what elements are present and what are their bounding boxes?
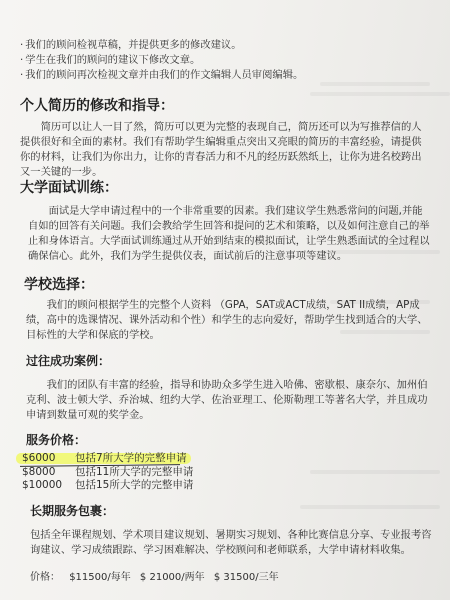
bullet-list: ·我们的顾问检视草稿，并提供更多的修改建议。 ·学生在我们的顾问的建议下修改文章… <box>20 38 303 83</box>
price-description: 包括11所大学的完整申请 <box>75 466 193 480</box>
bullet-item: ·我们的顾问检视草稿，并提供更多的修改建议。 <box>20 38 303 53</box>
section-body-school-selection: 我们的顾问根据学生的完整个人资料 （GPA，SAT或ACT成绩，SAT II成绩… <box>26 298 430 343</box>
bleed-through-mark <box>310 470 440 474</box>
bleed-through-mark <box>320 82 430 86</box>
section-heading-resume: 个人简历的修改和指导： <box>20 95 174 115</box>
bullet-dot-icon: · <box>20 68 23 83</box>
price-amount: $8000 <box>22 466 75 480</box>
section-heading-pricing: 服务价格： <box>26 431 86 448</box>
section-body-success-cases: 我们的团队有丰富的经验，指导和协助众多学生进入哈佛、密歇根、康奈尔、加州伯克利、… <box>26 378 430 423</box>
bullet-dot-icon: · <box>20 38 23 53</box>
bleed-through-mark <box>310 92 450 96</box>
document-page: ·我们的顾问检视草稿，并提供更多的修改建议。 ·学生在我们的顾问的建议下修改文章… <box>0 0 450 600</box>
section-body-long-term: 包括全年课程规划、学术项目建议规划、暑期实习规划、各种比赛信息分享、专业报考咨询… <box>30 528 435 558</box>
bleed-through-mark <box>300 505 440 509</box>
bullet-item: ·我们的顾问再次检视文章并由我们的作文编辑人员审阅编辑。 <box>20 68 303 83</box>
price-yearly: $11500/每年 <box>69 572 131 583</box>
section-body-resume: 简历可以让人一目了然，简历可以更为完整的表现自己，简历还可以为写推荐信的人提供很… <box>20 120 430 180</box>
price-row: $10000 包括15所大学的完整申请 <box>22 479 193 493</box>
price-label: 价格： <box>30 572 60 583</box>
price-table: $6000 包括7所大学的完整申请 $8000 包括11所大学的完整申请 $10… <box>22 452 193 493</box>
price-description: 包括15所大学的完整申请 <box>75 479 193 493</box>
section-heading-interview: 大学面试训练： <box>20 177 118 197</box>
price-amount: $6000 <box>22 452 75 466</box>
price-row: $8000 包括11所大学的完整申请 <box>22 466 193 480</box>
section-heading-success-cases: 过往成功案例： <box>26 352 110 369</box>
bullet-item: ·学生在我们的顾问的建议下修改文章。 <box>20 53 303 68</box>
section-heading-long-term: 长期服务包裹： <box>30 502 114 519</box>
long-term-price-line: 价格： $11500/每年 $ 21000/两年 $ 31500/三年 <box>30 568 285 583</box>
price-description: 包括7所大学的完整申请 <box>75 452 187 466</box>
price-row: $6000 包括7所大学的完整申请 <box>22 452 193 466</box>
price-amount: $10000 <box>22 479 75 493</box>
section-heading-school-selection: 学校选择： <box>24 274 94 294</box>
section-body-interview: 面试是大学申请过程中的一个非常重要的因素。我们建议学生熟悉常问的问题,并能自如的… <box>28 204 430 264</box>
price-two-years: $ 21000/两年 <box>140 572 205 583</box>
bullet-dot-icon: · <box>20 53 23 68</box>
price-three-years: $ 31500/三年 <box>214 572 279 583</box>
